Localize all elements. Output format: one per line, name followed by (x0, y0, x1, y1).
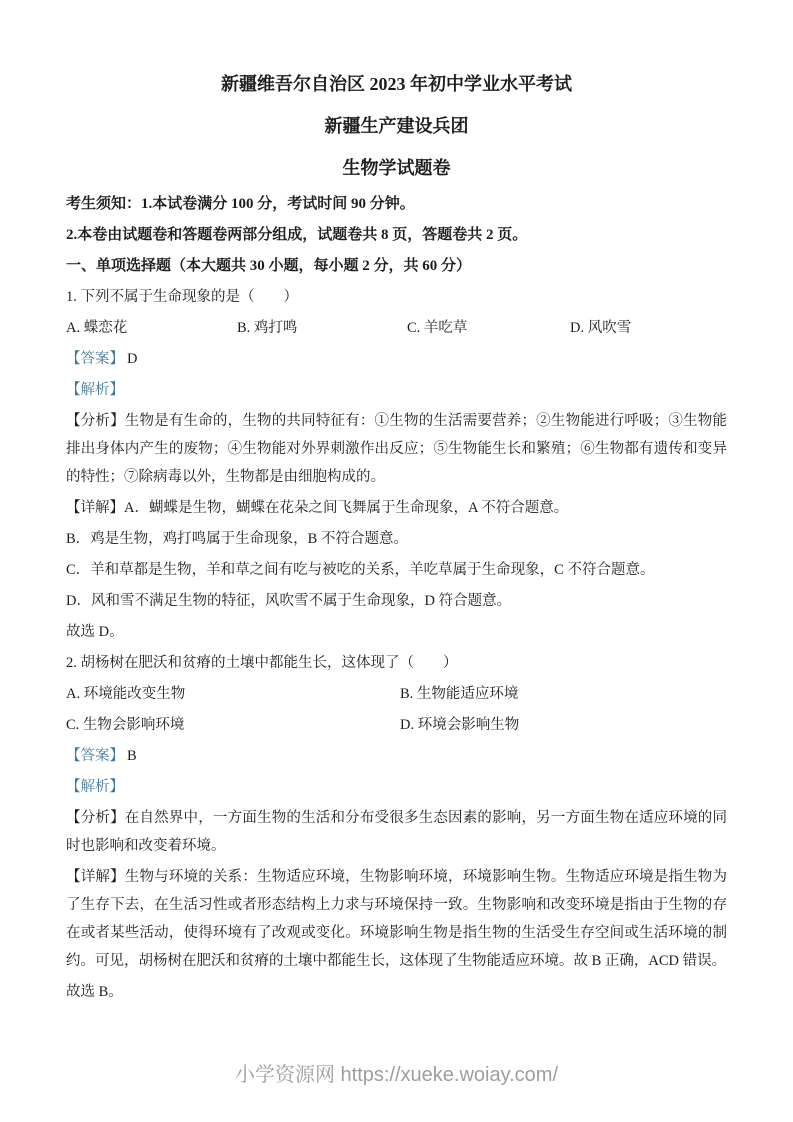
q1-answer-value: D (127, 351, 137, 367)
q2-conclusion: 故选 B。 (66, 978, 727, 1006)
q2-analysis-text: 【分析】在自然界中，一方面生物的生活和分布受很多生态因素的影响，另一方面生物在适… (66, 804, 727, 860)
q1-options-row: A. 蝶恋花 B. 鸡打鸣 C. 羊吃草 D. 风吹雪 (66, 314, 727, 342)
q1-option-c: C. 羊吃草 (407, 314, 570, 342)
q2-option-b: B. 生物能适应环境 (400, 680, 727, 708)
q2-analysis-label: 【解析】 (66, 779, 124, 795)
q1-analysis-label-line: 【解析】 (66, 376, 727, 404)
notice-line2: 2.本卷由试题卷和答题卷两部分组成，试题卷共 8 页，答题卷共 2 页。 (66, 221, 727, 249)
exam-title-line1: 新疆维吾尔自治区 2023 年初中学业水平考试 (66, 70, 727, 98)
q1-answer-label: 【答案】 (66, 351, 124, 367)
q1-detail-d: D．风和雪不满足生物的特征，风吹雪不属于生命现象，D 符合题意。 (66, 587, 727, 615)
q1-detail-a: 【详解】A．蝴蝶是生物，蝴蝶在花朵之间飞舞属于生命现象，A 不符合题意。 (66, 494, 727, 522)
q2-analysis-label-line: 【解析】 (66, 773, 727, 801)
notice-line1: 考生须知：1.本试卷满分 100 分，考试时间 90 分钟。 (66, 190, 727, 218)
q1-stem: 1. 下列不属于生命现象的是（ ） (66, 283, 727, 311)
exam-title-line2: 新疆生产建设兵团 (66, 112, 727, 140)
q2-options-row1: A. 环境能改变生物 B. 生物能适应环境 (66, 680, 727, 708)
q2-stem: 2. 胡杨树在肥沃和贫瘠的土壤中都能生长，这体现了（ ） (66, 649, 727, 677)
q1-option-b: B. 鸡打鸣 (237, 314, 407, 342)
q1-detail-c: C．羊和草都是生物，羊和草之间有吃与被吃的关系，羊吃草属于生命现象，C 不符合题… (66, 556, 727, 584)
q2-option-c: C. 生物会影响环境 (66, 711, 400, 739)
q1-analysis-text: 【分析】生物是有生命的，生物的共同特征有：①生物的生活需要营养；②生物能进行呼吸… (66, 407, 727, 491)
q2-options-row2: C. 生物会影响环境 D. 环境会影响生物 (66, 711, 727, 739)
q2-option-a: A. 环境能改变生物 (66, 680, 400, 708)
q1-detail-b: B．鸡是生物，鸡打鸣属于生命现象，B 不符合题意。 (66, 525, 727, 553)
q2-answer-value: B (127, 748, 137, 764)
q2-answer-line: 【答案】B (66, 742, 727, 770)
q2-detail-text: 【详解】生物与环境的关系：生物适应环境，生物影响环境，环境影响生物。生物适应环境… (66, 863, 727, 975)
q1-conclusion: 故选 D。 (66, 618, 727, 646)
q1-option-d: D. 风吹雪 (570, 314, 727, 342)
section-heading: 一、单项选择题（本大题共 30 小题，每小题 2 分，共 60 分） (66, 252, 727, 280)
exam-document-page: 新疆维吾尔自治区 2023 年初中学业水平考试 新疆生产建设兵团 生物学试题卷 … (0, 0, 793, 1122)
q1-analysis-label: 【解析】 (66, 382, 124, 398)
q2-answer-label: 【答案】 (66, 748, 124, 764)
exam-title-line3: 生物学试题卷 (66, 154, 727, 182)
q1-option-a: A. 蝶恋花 (66, 314, 237, 342)
q1-answer-line: 【答案】D (66, 345, 727, 373)
footer-watermark: 小学资源网 https://xueke.woiay.com/ (0, 1058, 793, 1087)
q2-option-d: D. 环境会影响生物 (400, 711, 727, 739)
